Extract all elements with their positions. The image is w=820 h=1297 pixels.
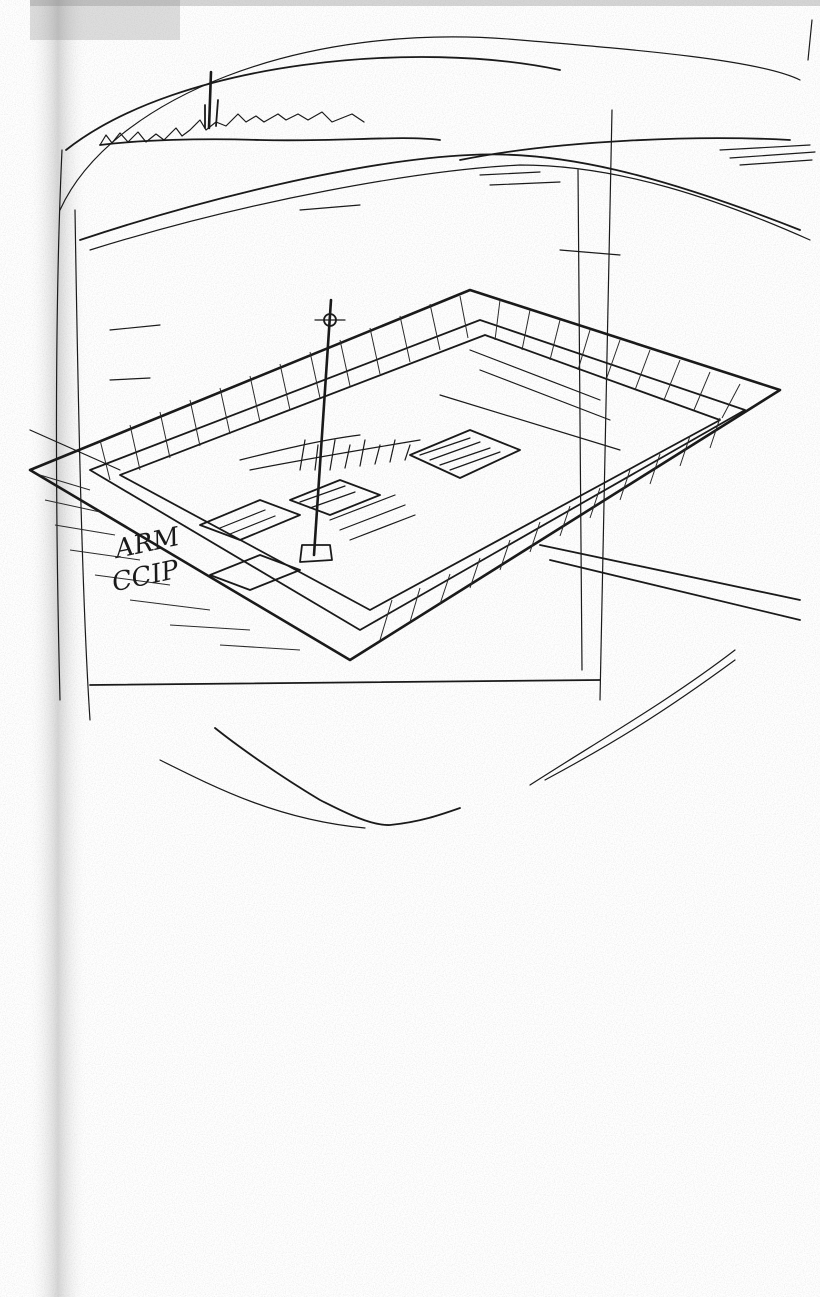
- paper-smudge: [0, 0, 820, 1297]
- sketch-canvas: ARM CCIP: [0, 0, 820, 1297]
